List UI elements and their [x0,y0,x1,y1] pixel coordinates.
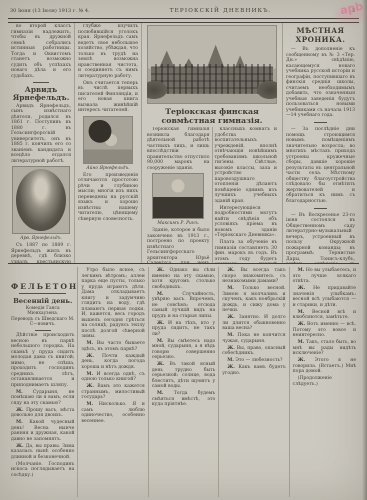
dialogue-paragraph: Ж. Не придавайте значенія улыбкамъ: весн… [293,286,356,308]
feuilleton-column-2: Утро было ясное, съ легкимъ вѣтромъ; алл… [78,267,147,497]
dialogue-paragraph: Ж. И на тѣхъ, кто у пруда сидитъ, не так… [152,321,215,338]
feuilleton-column-3: Ж. Однако вы сѣли именно на эту скамью, … [149,267,218,497]
column-1: во второй классъ гимназіи надлежитъ, что… [8,23,74,263]
chronicle-item: — Въ Воскресенье 23-го іюня состоялся въ… [286,213,355,264]
portrait-caption: Арв. Ярнефельдъ. [11,236,71,241]
dialogue-paragraph: Утро было ясное, съ легкимъ вѣтромъ; алл… [81,268,144,340]
paragraph: Плата за обученіе въ гимназіи составляет… [215,240,278,263]
paragraph-list: Ж. Вы всегда такъ скоро знакомитесь съ н… [222,268,285,376]
story-byline: Комедія Ганса Мюнхаузена. [11,306,74,316]
dialogue-paragraph: Ж. Однако вы сѣли именно на эту скамью, … [152,268,215,290]
dialogue-paragraph: М. Весной всѣ и влюбляются, замѣтьте. [293,310,356,321]
top-section: во второй классъ гимназіи надлежитъ, что… [8,23,359,263]
paragraph: Его произведенія отличаются простотою рѣ… [78,173,138,223]
paragraph-list: классныхъ комнатъ и удобства воспитатель… [215,127,278,263]
dialogue-paragraph: М. Вы часто бываете здѣсь, въ этомъ парк… [81,341,144,352]
paragraph: глубже изучилъ полюбившійся уголокъ края… [78,24,138,79]
paragraph: Арвидъ Ярнефельдъ, сынъ извѣстнаго дѣяте… [11,104,71,165]
paragraph-list: М. Но вы улыбаетесь, и это лучше всякаго… [293,268,356,387]
page-header: 30 Іюня (13 Іюля) 1913 г. № 4. ТЕРІОКСКІ… [10,8,355,14]
gymnasium-left-subcolumn: Теріокская гимназія возникла благодаря д… [145,127,212,263]
dialogue-paragraph: М. Но вы улыбаетесь, и это лучше всякаго… [293,268,356,285]
dialogue-paragraph: М. Это — любезность? [222,358,285,364]
portrait-arvid-jarnefelt-photo [12,166,70,234]
paragraph-list: Дѣйствіе происходитъ весною въ паркѣ неб… [11,333,74,478]
paragraph: классныхъ комнатъ и удобства воспитатель… [215,127,278,204]
chronicle-item: — За послѣдніе дни помощь строющимся нов… [286,127,355,209]
heading-rule [19,293,66,294]
paragraph: Съ 1887 по 1889 г. Ярнефельдъ жилъ въ де… [11,243,71,263]
story-title: Весенній день. [11,297,74,305]
newspaper-title: ТЕРІОКСКІЙ ДНЕВНИКЪ. [170,8,272,14]
paragraph: во второй классъ гимназіи надлежитъ, что… [11,24,71,79]
portrait-maxim-rin-photo [152,173,204,219]
chronicle-heading: МѢСТНАЯ ХРОНИКА. [286,26,355,44]
dialogue-paragraph: М. Какой чудесный день! Весна нынче ранн… [11,420,74,442]
dialogue-paragraph: М. Тогда будемъ смѣяться вмѣстѣ, это куд… [152,391,215,408]
paragraph-list: Его произведенія отличаются простотою рѣ… [78,173,138,223]
portrait-caption: Максимъ Р. Ринъ. [147,221,210,226]
column-middle: Теріокская финская совмѣстная гимназія. … [142,23,282,263]
dialogue-paragraph: М. Только весной. Зимою я молчаливъ и ск… [222,286,285,314]
paragraph-list: Утро было ясное, съ легкимъ вѣтромъ; алл… [81,268,144,424]
paragraph: Интересующіеся подробностями могутъ найт… [215,206,278,239]
dialogue-paragraph: М. Нисколько. Я и самъ люблю одиночество… [81,402,144,424]
header-date: 30 Іюня (13 Іюля) 1913 г. № 4. [10,8,90,14]
article-heading-jarnefelt: Арвидъ Ярнефельдъ. [11,86,71,102]
newspaper-page: apb 30 Іюня (13 Іюля) 1913 г. № 4. ТЕРІО… [0,0,367,500]
dialogue-paragraph: Ж. Да, вы правы. Зима казалась нынѣ особ… [11,444,74,461]
column-chronicle: МѢСТНАЯ ХРОНИКА. — Въ дополненіе къ сооб… [283,23,358,263]
dialogue-paragraph: М. Случайность, увѣряю васъ. Впрочемъ, н… [152,292,215,320]
dialogue-paragraph: Ж. Занятно. И долго ли длится обыкновенн… [222,315,285,332]
dialogue-paragraph: Ж. Какъ вамъ будетъ угодно. [222,365,285,376]
story-translator: Переводъ съ Шведскаго М. С—новичъ. [11,317,74,327]
divider-dash [35,330,51,331]
dialogue-paragraph: Дѣйствіе происходитъ весною въ паркѣ неб… [11,333,74,388]
article-heading-gymnasium: Теріокская финская совмѣстная гимназія. [145,107,279,125]
feuilleton-column-4: Ж. Вы всегда такъ скоро знакомитесь съ н… [219,267,288,497]
paragraph-list: Ж. Однако вы сѣли именно на эту скамью, … [152,268,215,408]
feuilleton-heading: ФЕЛЬЕТОНЪ. [11,282,74,291]
dialogue-paragraph: М. Вы смѣетесь надо мной, сударыня, а я … [152,339,215,361]
dialogue-paragraph: Ж. Прошу васъ, мѣста довольно для двоихъ… [11,408,74,419]
column-2: глубже изучилъ полюбившійся уголокъ края… [75,23,141,263]
dialogue-paragraph: (Продолженіе слѣдуетъ.) [293,376,356,387]
chronicle-item: — Въ дополненіе къ сообщенному въ № 3 «Т… [286,47,355,123]
paragraph: Теріокская гимназія возникла благодаря д… [147,127,210,171]
gymnasium-right-subcolumn: классныхъ комнатъ и удобства воспитатель… [213,127,280,263]
paragraph-list: глубже изучилъ полюбившійся уголокъ края… [78,24,138,114]
dialogue-paragraph: М. Пока не кончится чужая, сударыня. [222,333,285,344]
dialogue-paragraph: Ж. Въ такой ясный день трудно быть серье… [152,362,215,390]
feuilleton-column-5: М. Но вы улыбаетесь, и это лучше всякаго… [290,267,359,497]
paragraph: Онъ считается теперь въ числѣ первыхъ пи… [78,81,138,114]
dialogue-paragraph: Ж. Вы, право, опасный собесѣдникъ. [222,346,285,357]
dialogue-paragraph: Ж. Почти каждый день, когда погода хорош… [81,354,144,371]
scan-edge-shade [362,0,367,500]
dialogue-paragraph: М. И всегда однѣ, съ одною только книгой… [81,372,144,383]
gymnasium-building-photo [147,25,277,104]
portrait-caption: Айно Ярнефельдъ. [78,166,138,171]
section-divider-rule [8,263,359,264]
feuilleton-column-1: ФЕЛЬЕТОНЪ. Весенній день. Комедія Ганса … [8,267,77,497]
dialogue-paragraph: М. Сударыня, не помѣшаю ли я вамъ, если … [11,390,74,407]
dialogue-paragraph: Ж. Вамъ это кажется страннымъ, милостивы… [81,384,144,401]
dialogue-paragraph: Ж. Вы всегда такъ скоро знакомитесь съ н… [222,268,285,285]
dialogue-paragraph: (Молчаніе. Господинъ искоса поглядываетъ… [11,462,74,479]
divider-dash [33,82,49,83]
portrait-aino-jarnefelt-photo [83,116,133,164]
chronicle-item-list: — Въ дополненіе къ сообщенному въ № 3 «Т… [286,47,355,263]
dialogue-paragraph: Ж. Вотъ именно — всѣ. Потому это вовсе и… [293,322,356,339]
feuilleton-section: ФЕЛЬЕТОНЪ. Весенній день. Комедія Ганса … [8,267,359,497]
dialogue-paragraph: М. Такъ, стало быть, во мнѣ вы рады видѣ… [293,340,356,357]
paragraph: Зданіе, которое и было закончено въ 1913… [147,228,210,263]
dialogue-paragraph: Ж. Этого я не говорила. (Встаетъ.) Мнѣ п… [293,358,356,375]
